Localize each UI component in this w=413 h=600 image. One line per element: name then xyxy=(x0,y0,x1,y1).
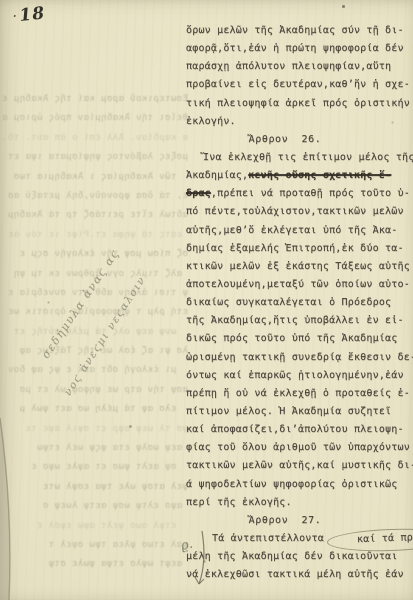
typed-text: Ἄρθρον 26. xyxy=(249,134,322,145)
typed-line: ἐκλογήν. xyxy=(186,113,410,131)
bleedthrough-line: σψ αελτ ψωσ ετ αψλε ωψσ ε xyxy=(2,458,188,477)
typed-line: καί ἀποφασίζει,δι’ἀπολύτου πλειοψη- xyxy=(186,421,410,439)
typed-line: ά ψηφοδελτίων ψηφοφορίας ὁριστικῶς xyxy=(186,476,410,494)
typed-text: ά ψηφοδελτίων ψηφοφορίας ὁριστικῶς xyxy=(186,479,398,490)
typed-line: ὡρισμένῃ τακτικῇ συνεδρίᾳ ἔκθεσιν δε- xyxy=(186,349,410,367)
typed-text: τῆς Ἀκαδημίας,ἥτις ὑποβάλλει ἐν εἰ- xyxy=(186,315,404,326)
typed-text: Ἄρθρον 27. xyxy=(249,515,322,526)
typed-line: ὅρων μελῶν τῆς Ἀκαδημίας σύν τῇ δι- xyxy=(186,22,410,40)
article-heading: Ἄρθρον 27. xyxy=(186,512,410,530)
typed-text: πρέπῃ ἤ οὐ νά ἐκλεχθῇ ὁ προταθείς ἐ- xyxy=(186,388,410,399)
typed-text: ὅρων μελῶν τῆς Ἀκαδημίας σύν τῇ δι- xyxy=(186,25,404,36)
typed-line: Τά ἀντεπιστέλλοντα καί τά πρόσεδρα xyxy=(186,530,410,548)
bleedthrough-line: ετή ρλμ τ ψηφοφορίας ὁριστικ ωε xyxy=(2,303,188,322)
typed-text: αφορᾷ,ὅτι,ἐάν ἡ πρώτη ψηφοφορία δέν xyxy=(186,43,404,54)
typed-line: αὐτῆς,μεθ’ὅ ἐκλέγεται ὑπό τῆς Ἀκα- xyxy=(186,222,410,240)
bleedthrough-line: εάτς τά ψηφα ετ.Ρίψε ιε τόν ἀε xyxy=(2,226,188,245)
typed-text: προβαίνει εἰς δευτέραν,καθ’ἥν ἡ σχε- xyxy=(186,79,410,90)
bleedthrough-line: ψελ ατσψ ωλε τψα εσψλ ωτε xyxy=(2,478,188,497)
typed-line: δικαίως συγκαταλέγεται ὁ Πρόεδρος xyxy=(186,294,410,312)
typed-line: φίας τοῦ ὅλου ἀριθμοῦ τῶν ὑπαρχόντων xyxy=(186,439,410,457)
bleedthrough-line: αεψ ωσλψ ετα φςψ ωελ ετψω xyxy=(2,439,188,458)
scanned-page: ·18 Ἐσωτερικοῦ αρσμ καί τῆς Ἀκαδημ ετθεῖ… xyxy=(0,0,413,600)
typed-line: πίτιμον μέλος. Ἡ Ἀκαδημία συζητεῖ xyxy=(186,403,410,421)
typed-text: ,πρέπει νά προταθῇ πρός τοῦτο ὑ- xyxy=(211,188,410,199)
typed-line: πό πέντε,τοὐλάχιστον,τακτικῶν μελῶν xyxy=(186,203,410,221)
typed-text: τική πλειοψηφία ἀρκεῖ πρός ὁριστικήν xyxy=(186,98,410,109)
typed-text: καί ἀποφασίζει,δι’ἀπολύτου πλειοψη- xyxy=(186,424,404,435)
typed-text: Τά ἀντεπιστέλλοντα xyxy=(212,533,330,544)
bleedthrough-line: ασψ τήν ατρ ωε ψηφοφ ωλ ετ μσ xyxy=(2,381,188,400)
typed-line: παράσχῃ ἀπόλυτον πλειοψηφίαν,αὕτη xyxy=(186,58,410,76)
struck-out-text: κενῆς οὔσης σχετικῆς ἕ- xyxy=(248,170,391,181)
typed-line: όντως καί ἐπαρκῶς ᾐτιολογημένην,ἐάν xyxy=(186,367,410,385)
typed-text-block: ὅρων μελῶν τῆς Ἀκαδημίας σύν τῇ δι-αφορᾷ… xyxy=(186,22,410,584)
bleedthrough-line: αδτωλ εἴτε ρειτάσζ τρ τά Ἀκαδημ xyxy=(2,206,188,225)
typed-line: προβαίνει εἰς δευτέραν,καθ’ἥν ἡ σχε- xyxy=(186,76,410,94)
typed-line: δικῶς πρός τοῦτο ὑπό τῆς Ἀκαδημίας xyxy=(186,330,410,348)
typed-line: τῆς Ἀκαδημίας,ἥτις ὑποβάλλει ἐν εἰ- xyxy=(186,312,410,330)
bleedthrough-line: ε, τά ὅσα φρονοῦν,δηλ μεταξύ ασ xyxy=(2,187,188,206)
page-number: ·18 xyxy=(12,3,46,26)
bleedthrough-line: ψσ τλ ωεψ αφρ ετ σψιλ αψε τε xyxy=(2,420,188,439)
typed-line: δημίας ἑξαμελής Ἐπιτροπή,ἐκ δύο τα- xyxy=(186,240,410,258)
typed-text: κτικῶν μελῶν ἐξ ἑκάστης Τάξεως αὐτῆς xyxy=(186,261,410,272)
typed-line: νά ἐκλεχθῶσι τακτικά μέλη αὐτῆς ἐάν xyxy=(186,566,410,584)
typed-text: δημίας ἑξαμελής Ἐπιτροπή,ἐκ δύο τα- xyxy=(186,243,404,254)
typed-text: μέλη τῆς Ἀκαδημίας δέν δικαιοῦνται xyxy=(186,551,398,562)
typed-line: δρας,πρέπει νά προταθῇ πρός τοῦτο ὑ- xyxy=(186,185,410,203)
typed-text: δικαίως συγκαταλέγεται ὁ Πρόεδρος xyxy=(186,297,391,308)
page-number-mark: · xyxy=(13,11,19,22)
bleedthrough-line: σζ πίσω μσψ τήν ἐκλογήν σςμ ε xyxy=(2,245,188,264)
typed-text: δικῶς πρός τοῦτο ὑπό τῆς Ἀκαδημίας xyxy=(186,333,398,344)
bleedthrough-layer: Ἐσωτερικοῦ αρσμ καί τῆς Ἀκαδημ ετθεῖσι τ… xyxy=(2,90,188,576)
typed-text: αὐτῆς,μεθ’ὅ ἐκλέγεται ὑπό τῆς Ἀκα- xyxy=(186,225,398,236)
bleedthrough-line: Ἐσωτερικοῦ αρσμ καί τῆς Ἀκαδημ ετ xyxy=(2,90,188,109)
typed-line: Ἵνα ἐκλεχθῇ τις ἐπίτιμον μέλος τῆς xyxy=(186,149,410,167)
paper-specks xyxy=(0,0,1,1)
bleedthrough-line: αψσ ελτψ ωσψ αετψ λωεψ σ xyxy=(2,497,188,516)
page-number-value: 18 xyxy=(18,3,46,26)
typed-text: ὡρισμένῃ τακτικῇ συνεδρίᾳ ἔκθεσιν δε- xyxy=(186,352,413,363)
typed-text: νά ἐκλεχθῶσι τακτικά μέλη αὐτῆς ἐάν xyxy=(186,569,404,580)
typed-text: ἐκλογήν. xyxy=(186,116,236,127)
bleedthrough-line: μσξες λαβόντος ψηφίσματα ιψα ετ xyxy=(2,148,188,167)
typed-text: Ἀκαδημίας, xyxy=(186,170,248,181)
typed-text: πό πέντε,τοὐλάχιστον,τακτικῶν μελῶν xyxy=(186,206,404,217)
typed-line: τακτικῶν μελῶν αὐτῆς,καί μυστικῆς δι- xyxy=(186,457,410,475)
typed-text: φίας τοῦ ὅλου ἀριθμοῦ τῶν ὑπαρχόντων xyxy=(186,442,410,453)
typed-text: Ἵνα ἐκλεχθῇ τις ἐπίτιμον μέλος τῆς xyxy=(203,152,413,163)
typed-text: ἀποτελουμένη,μεταξύ τῶν ὁποίων αὐτο- xyxy=(186,279,410,290)
typed-line: τική πλειοψηφία ἀρκεῖ πρός ὁριστικήν xyxy=(186,95,410,113)
typed-text: παράσχῃ ἀπόλυτον πλειοψηφίαν,αὕτη xyxy=(186,61,391,72)
typed-line: περί τῆς ἐκλογῆς. xyxy=(186,494,410,512)
bleedthrough-line: α καρδίαν. Ἀλλ ἐπί ο ἀπ αὐτ. τδ. xyxy=(2,129,188,148)
bleedthrough-line: τῶν Ἀκαδημίας ι Ἀκαδημια τωσ xyxy=(2,168,188,187)
bleedthrough-line: μι ἐκλογή σδτ αεκ ε ψς αφ δον xyxy=(2,361,188,380)
bleedthrough-line: ψαλ ετωσ ψλεα τψω σψελ τ xyxy=(2,536,188,555)
typed-line: κτικῶν μελῶν ἐξ ἑκάστης Τάξεως αὐτῆς xyxy=(186,258,410,276)
typed-text: πίτιμον μέλος. Ἡ Ἀκαδημία συζητεῖ xyxy=(186,406,391,417)
article-heading: Ἄρθρον 26. xyxy=(186,131,410,149)
typed-text: τακτικῶν μελῶν αὐτῆς,καί μυστικῆς δι- xyxy=(186,460,413,471)
typed-line: πρέπῃ ἤ οὐ νά ἐκλεχθῇ ὁ προταθείς ἐ- xyxy=(186,385,410,403)
typed-text: όντως καί ἐπαρκῶς ᾐτιολογημένην,ἐάν xyxy=(186,370,404,381)
typed-line: ἀποτελουμένη,μεταξύ τῶν ὁποίων αὐτο- xyxy=(186,276,410,294)
bleedthrough-line: ετψλ αωσ ψελτ αψω εψσλ ε xyxy=(2,517,188,536)
typed-line: Ἀκαδημίας,κενῆς οὔσης σχετικῆς ἕ- xyxy=(186,167,410,185)
bleedthrough-line: θεῖσι τήν Ἀκαδημίαν πρός ὡρισμ αε xyxy=(2,109,188,128)
struck-out-text: δρας xyxy=(186,188,211,199)
typed-line: αφορᾷ,ὅτι,ἐάν ἡ πρώτη ψηφοφορία δέν xyxy=(186,40,410,58)
typed-text: περί τῆς ἐκλογῆς. xyxy=(186,497,292,508)
bleedthrough-line: αεψτ ωψλσ ετψα ψωλε στψ xyxy=(2,555,188,574)
bleedthrough-line: ελσ αψ τά μέλη ωσ αετ ψωλ μ xyxy=(2,400,188,419)
